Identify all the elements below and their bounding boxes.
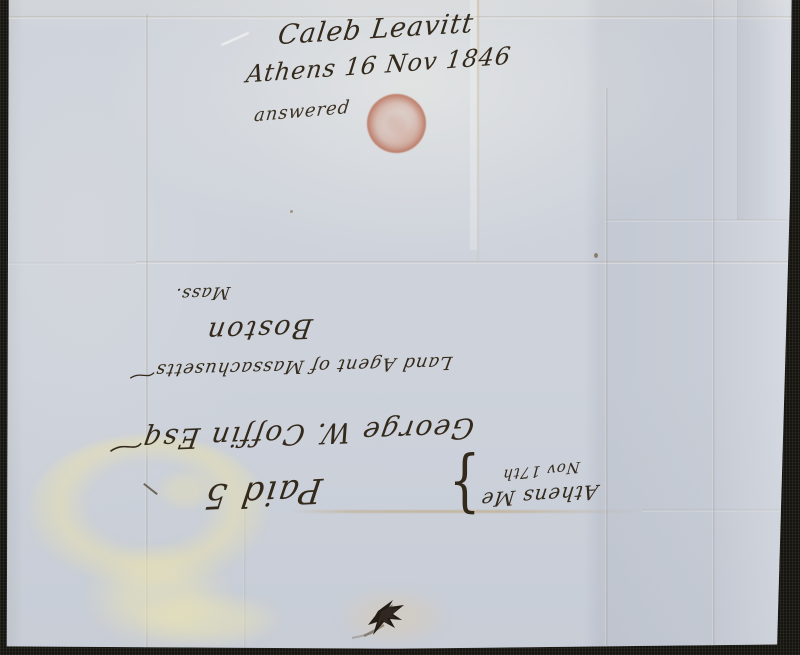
speck-left <box>290 210 293 213</box>
address-state-text: Mass. <box>173 282 232 304</box>
address-city: Boston <box>205 312 312 347</box>
rate-marking: Paid 5 <box>202 470 323 516</box>
address-title-line-text: Land Agent of Massachusetts <box>154 352 454 381</box>
stain-patch-bottom <box>134 592 284 648</box>
red-wafer-seal-icon <box>367 94 426 153</box>
docket-sender-name: Caleb Leavitt <box>277 8 474 51</box>
postmark-block: Athens Me Nov 17th } <box>446 446 598 510</box>
postmark-date-text: Nov 17th <box>501 458 580 484</box>
postmark-date: Nov 17th <box>501 458 581 484</box>
scan-stage: Caleb Leavitt Athens 16 Nov 1846 answere… <box>0 0 800 655</box>
flourish-icon <box>129 369 155 382</box>
scratch-mark <box>221 32 249 46</box>
address-title-line: Land Agent of Massachusetts <box>129 352 452 381</box>
fold-line-middle <box>136 261 788 264</box>
fold-line-vertical-center-right <box>605 88 608 649</box>
crease-tan-vertical <box>477 0 479 262</box>
shading-right-flap <box>737 0 789 220</box>
postmark-place: Athens Me <box>480 480 599 512</box>
address-block: George W. Coffin Esq Land Agent of Massa… <box>140 265 476 451</box>
docket-annotation-text: answered <box>253 97 351 127</box>
postmark-brace: } <box>448 455 480 516</box>
address-city-text: Boston <box>203 312 314 347</box>
folded-letter-verso: Caleb Leavitt Athens 16 Nov 1846 answere… <box>6 0 792 649</box>
fold-line-lower-right <box>642 509 788 512</box>
postmark-place-text: Athens Me <box>479 480 599 512</box>
docket-annotation: answered <box>253 97 351 126</box>
rate-marking-block: Paid 5 <box>166 453 324 513</box>
ink-blot-icon <box>346 595 436 645</box>
address-state: Mass. <box>174 282 230 304</box>
rate-marking-text: Paid 5 <box>201 470 325 517</box>
docket-sender-name-text: Caleb Leavitt <box>276 8 476 51</box>
address-recipient: George W. Coffin Esq <box>108 412 475 458</box>
fold-line-vertical-right <box>712 0 715 649</box>
speck-center <box>594 253 598 258</box>
flourish-icon <box>108 438 143 455</box>
fold-line-middle-left <box>6 262 136 265</box>
address-recipient-text: George W. Coffin Esq <box>140 412 477 457</box>
